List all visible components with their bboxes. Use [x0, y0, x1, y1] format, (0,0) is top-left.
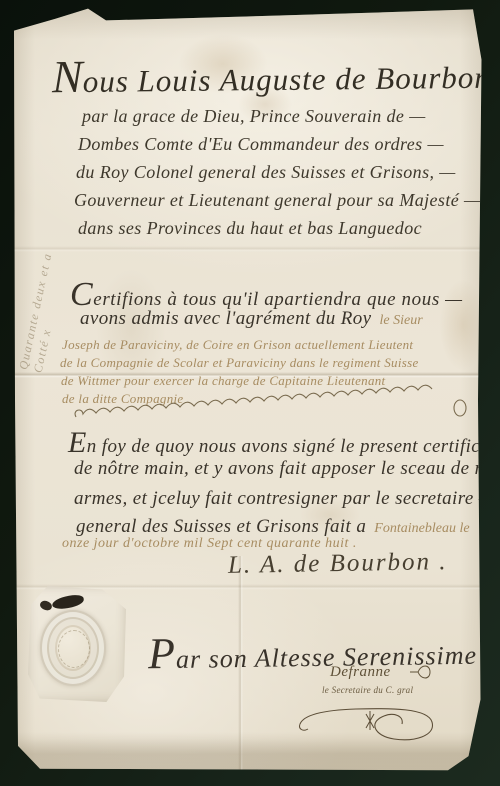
document-paper: Nous Louis Auguste de Bourbon par la gra…	[0, 0, 500, 786]
closing-line: de nôtre main, et y avons fait apposer l…	[74, 458, 500, 480]
countersignature-title: le Secretaire du C. gral	[322, 685, 413, 695]
photo-stage: Nous Louis Auguste de Bourbon par la gra…	[0, 0, 500, 786]
paraph-knot	[366, 711, 374, 730]
paraph-flourish	[296, 696, 442, 746]
preamble-line: Dombes Comte d'Eu Commandeur des ordres …	[78, 134, 444, 155]
preamble-line: du Roy Colonel general des Suisses et Gr…	[76, 162, 456, 183]
inserted-handwriting-line: de la Compagnie de Scolar et Paraviciny …	[60, 355, 419, 371]
countersignature-name: Defranne	[330, 664, 391, 681]
countersignature-flourish	[408, 662, 434, 682]
paraph-stroke	[300, 709, 432, 740]
signature-bourbon: L. A. de Bourbon .	[228, 548, 448, 580]
fold-crease-horizontal	[12, 246, 488, 252]
wavy-filler-line	[68, 400, 472, 424]
seal-inner-ring	[58, 630, 90, 668]
preamble-line: dans ses Provinces du haut et bas Langue…	[78, 218, 422, 239]
inserted-handwriting-line: Joseph de Paraviciny, de Coire en Grison…	[62, 337, 413, 353]
certification-line-with-insertion: avons admis avec l'agrément du Roy le Si…	[80, 308, 423, 330]
preamble-line: Gouverneur et Lieutenant general pour sa…	[74, 190, 480, 211]
inserted-handwriting-line: de Wittmer pour exercer la charge de Cap…	[61, 373, 385, 389]
wavy-end-loop	[454, 400, 466, 416]
closing-line: En foy de quoy nous avons signé le prese…	[68, 426, 496, 460]
closing-line: armes, et jceluy fait contresigner par l…	[74, 488, 496, 510]
inserted-handwriting: le Sieur	[380, 313, 423, 329]
closing-main-text: general des Suisses et Grisons fait a	[76, 516, 366, 538]
paraph-tail	[300, 724, 308, 730]
inserted-place-text: Fontainebleau le	[374, 521, 469, 537]
preamble-line: par la grace de Dieu, Prince Souverain d…	[82, 106, 426, 127]
closing-line-with-insertion: general des Suisses et Grisons fait a Fo…	[76, 516, 470, 538]
document-title: Nous Louis Auguste de Bourbon	[52, 46, 491, 104]
flourish-stroke	[410, 666, 430, 678]
certification-main-text: avons admis avec l'agrément du Roy	[80, 308, 372, 330]
